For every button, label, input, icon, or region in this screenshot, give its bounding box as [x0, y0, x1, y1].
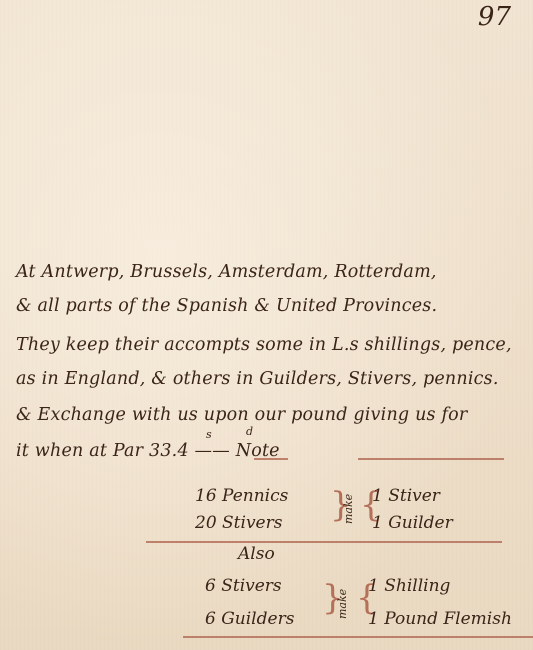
table1-right-2: 1 Guilder [372, 513, 453, 533]
table1-right-1: 1 Stiver [372, 486, 440, 506]
table1-left-1: 16 Pennics [195, 486, 288, 506]
text-line-2: & all parts of the Spanish & United Prov… [16, 296, 437, 316]
text-line-6: it when at Par 33.4 —— Note [16, 441, 280, 461]
table2-right-1: 1 Shilling [368, 576, 450, 596]
table1-bottom-rule [146, 541, 502, 543]
manuscript-page: 97 At Antwerp, Brussels, Amsterdam, Rott… [0, 0, 533, 650]
red-note-rule [358, 458, 504, 460]
text-line-5: & Exchange with us upon our pound giving… [16, 405, 467, 425]
red-dash-rule [254, 458, 288, 460]
table2-left-2: 6 Guilders [205, 609, 294, 629]
superscript-s: s [206, 428, 212, 441]
superscript-d: d [246, 425, 253, 438]
table1-left-2: 20 Stivers [195, 513, 282, 533]
text-line-3: They keep their accompts some in L.s shi… [16, 335, 512, 355]
table2-bottom-rule [183, 636, 533, 638]
table2-left-1: 6 Stivers [205, 576, 282, 596]
table2-make-label: make [336, 589, 349, 619]
page-number: 97 [478, 2, 511, 32]
table2-right-2: 1 Pound Flemish [368, 609, 512, 629]
also-heading: Also [238, 544, 275, 564]
text-line-4: as in England, & others in Guilders, Sti… [16, 369, 499, 389]
text-line-1: At Antwerp, Brussels, Amsterdam, Rotterd… [16, 262, 437, 282]
table1-make-label: make [342, 494, 355, 524]
